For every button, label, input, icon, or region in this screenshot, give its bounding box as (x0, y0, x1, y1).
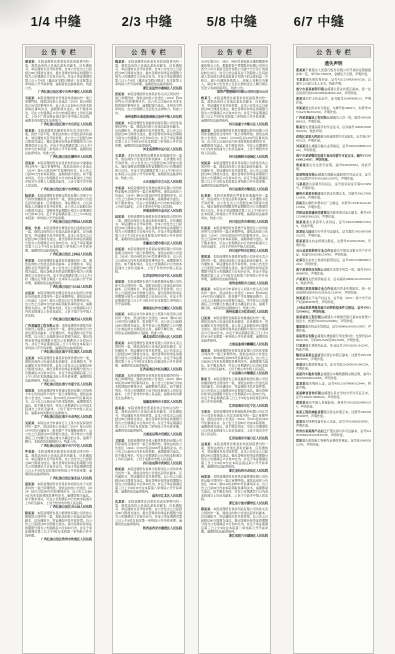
lost-notice-entry: 某某汽车服务有限公司遗失车辆购置税完税证明，编号4501002024001234… (296, 373, 371, 381)
announcement-paragraph: 陆某某：本院受理原告某银行股份有限公司南宁分行诉你金融借款合同纠纷一案，现依法向… (25, 194, 92, 224)
announcement-paragraph: 何某某：本院受理原告某劳务有限公司诉你劳务合同纠纷一案，现依法向你公告送达起诉状… (201, 162, 268, 192)
announcement-paragraph: 零某某：本院受理原告蓝某诉你离婚纠纷一案，现依法向你公告送达起诉状副本、应诉通知… (25, 259, 92, 289)
announcement-paragraph: 吴某某：本院在执行申请执行人郑某与你劳务合同纠纷一案中，依法向你公告送达（202… (115, 313, 182, 339)
announcement-paragraph: 吕某某：本院受理原告陶某诉你健康权纠纷一案，现依法向你公告送达起诉状副本、应诉通… (201, 317, 268, 347)
lost-notice-entry: 某某教育咨询有限公司遗失民办学校办学许可证正本，证号14501017000023… (296, 392, 371, 400)
court-signature: 广西壮族自治区宾阳县人民法院 (25, 221, 92, 225)
announcement-paragraph: 魏某某：本院受理原告孙某诉你民间借贷纠纷一案，现依法向你公告送达起诉状副本、应诉… (115, 61, 182, 91)
court-signature: 山东省临沂市兰山区人民法院 (115, 181, 182, 185)
announcement-paragraph: 许某某：本院受理的原告某燃气有限责任公司诉你供用气合同纠纷一案已审理终结。现依法… (201, 227, 268, 253)
court-signature: 浙江省温州市鹿城区人民法院 (115, 87, 182, 91)
court-signature: 江苏省苏州市吴中区人民法院 (115, 274, 182, 278)
court-signature: 重庆市江北区人民法院 (115, 494, 182, 498)
lost-notice-entry: 武鸣区某某大药房遗失药品经营许可证副本，证号桂CB7450123，声明作废。 (296, 136, 371, 144)
lost-notice-entry: 钟某某遗失不动产权证书，证号桂（2021）南宁市不动产权第0056789号，声明… (296, 297, 371, 305)
court-signature: 江苏省南京市浦口区人民法院 (201, 437, 268, 441)
announcement-paragraph: 王某杰：本院受理的原告某保险股份有限公司江苏分公司诉你保险人代位求偿权纠纷一案已… (201, 411, 268, 441)
court-signature: 广西壮族自治区横州市人民法院 (25, 156, 92, 160)
lost-notice-entry: 某某工程机械租赁部遗失营业执照正本，注册号450105600345678，声明作… (296, 411, 371, 419)
lost-notice-entry: 卢某某遗失医师资格证书，证书编码199845110450123456，特此声明。 (296, 278, 371, 286)
court-signature: 广西壮族自治区灵山县人民法院 (25, 506, 92, 510)
lost-notice-entry: 苏某遗失摩托车整车出厂合格证，车架号LXYPCKL01A0123456，声明作废… (296, 202, 371, 210)
announcement-paragraph: 施某某：本院受理的原告某家具有限公司诉你承揽合同纠纷一案已审理终结。现依法向你公… (201, 349, 268, 375)
court-signature: 广西壮族自治区钦州市钦南区人民法院 (25, 538, 92, 542)
announcement-paragraph: 曾某某：本院受理原告某商贸有限公司诉你买卖合同纠纷一案，现依法向你公告送达起诉状… (201, 256, 268, 286)
announcement-paragraph: 陈某飞：本院受理原告上海某融资租赁有限公司诉你融资租赁合同纠纷一案，现依法向你公… (201, 378, 268, 408)
court-signature: 某资产管理股份有限公司四川省分公司 (201, 91, 268, 95)
court-signature: 江西省南昌市红谷滩区人民法院 (115, 368, 182, 372)
announcement-paragraph: 王某某：本院在审理原告曹某诉你离婚纠纷一案中，依法向你公告送达起诉状副本、应诉通… (115, 154, 182, 184)
court-signature: 陕西省西安市雁塔区人民法院 (115, 527, 182, 531)
court-signature: 四川省遂宁市船山区人民法院 (201, 123, 268, 127)
lost-notice-entry: 曹某某不慎遗失大连银行股份有限公司开具的定期储蓄存单一张，单号D17340256… (296, 69, 371, 77)
court-signature: 广西壮族自治区南宁市邕宁区人民法院 (25, 383, 92, 387)
court-signature: 广西壮族自治区南宁市良庆区人民法院 (25, 123, 92, 127)
lost-notice-entry: 马某某遗失房屋所有权证，证号邕房权证字第0123456号，声明作废。 (296, 183, 371, 191)
lost-notice-entry: 梁某某遗失退役军人优待证，证号45010019890215341X，特此声明。 (296, 221, 371, 229)
gutter-column-1-4: 公告专栏 谭某某：本院受理原告黄某诉你民间借贷纠纷一案，现依法向你公告送达起诉状… (22, 44, 95, 654)
lost-notice-entry: 郑某某遗失执业药师注册证，注册号451020123456，声明作废。 (296, 240, 371, 248)
announcement-paragraph: 赵某某：本院受理原告钱某诉你房屋租赁合同纠纷一案，现依法向你公告送达起诉状副本、… (115, 216, 182, 246)
lost-declarations-heading: 遗失声明 (296, 61, 371, 67)
lost-notice-entry: 某某幼儿园遗失办学许可证副本，证号教民145010070000123号，声明作废… (296, 231, 371, 239)
lost-notice-entry: 潘某某遗失机动车驾驶证，证号450881199105124567，声明作废。 (296, 326, 371, 334)
court-signature: 湖南省长沙市岳麓区人民法院 (115, 307, 182, 311)
lost-notice-entry: 韦某某遗失居民身份证，证号452123199203041528，自遗失之日起与本… (296, 79, 371, 87)
column-banner: 公告专栏 (25, 47, 92, 58)
court-signature: 广西壮族自治区南宁市兴宁区人民法院 (25, 444, 92, 448)
lost-notice-entry: 某某装饰工程有限公司遗失中国建设银行基本存款账户信息卡，核准号J61100123… (296, 316, 371, 324)
announcement-paragraph: 罗某某：本院受理原告陈某诉你承揽合同纠纷一案，现依法向你公告送达起诉状副本、应诉… (25, 451, 92, 481)
announcement-paragraph: 郑某某：本院受理原告某建材有限公司诉你买卖合同纠纷一案，现依法向你公告送达起诉状… (115, 342, 182, 372)
announcement-paragraph: 周某某：本院受理原告某汽车销售服务有限公司诉你买卖合同纠纷一案，现依法向你公告送… (115, 281, 182, 311)
announcement-paragraph: 蒙某某：本院受理的原告劳某诉你同居关系子女抚养纠纷一案已审理终结。现依法向你公告… (25, 483, 92, 509)
gutter-column-6-7: 公告专栏 遗失声明 曹某某不慎遗失大连银行股份有限公司开具的定期储蓄存单一张，单… (293, 44, 374, 654)
gutter-title-2-3: 2/3 中缝 (122, 11, 173, 30)
announcement-paragraph: 蒋某某：本院受理原告某典当有限责任公司诉你典当纠纷一案，现依法向你公告送达起诉状… (115, 468, 182, 498)
gutter-column-5-8: 公告专栏 2024年第0501、0805、8809号债权转让通知暨债务催收联合公… (198, 44, 271, 654)
gutter-title-5-8: 5/8 中缝 (207, 11, 258, 30)
court-signature: 广西壮族自治区南宁市西乡塘区人民法院 (25, 91, 92, 95)
lost-notice-entry: 覃某某遗失出生医学证明，编号R450187654，特此声明。 (296, 164, 371, 172)
announcement-paragraph: 苏某某：本院受理的原告农某诉你机动车交通事故责任纠纷一案已审理终结。现依法向你公… (25, 162, 92, 192)
announcement-paragraph: 韦某某：本院受理的原告零某诉你离婚纠纷一案已审理终结。现依法向你公告送达（202… (25, 97, 92, 127)
court-signature: 广西壮族自治区上林县人民法院 (25, 253, 92, 257)
court-signature: 四川省宜宾市翠屏区人民法院 (201, 221, 268, 225)
court-signature: 福建省泉州市丰泽区人民法院 (115, 401, 182, 405)
announcement-paragraph: 梁某某：本院受理原告磨某诉你买卖合同纠纷一案，因你下落不明，现依法向你公告送达起… (25, 129, 92, 159)
column-banner: 公告专栏 (296, 47, 371, 58)
lost-notice-entry: 灵山县某某种养专业合作社遗失中国农业银行开户许可证，核准号J6110001234… (296, 250, 371, 258)
lost-notice-entry: 李某某遗失机动车行驶证，车牌号桂A8D217，车架号LFV3A23C8K3012… (296, 107, 371, 115)
lost-notice-entry: 广西某某建设工程有限公司遗失公章一枚，编号4501000089123，声明作废。 (296, 117, 371, 125)
lost-notice-entry: 覃某遗失建筑施工特种作业操作资格证，证号桂G04202012345，声明作废。 (296, 440, 371, 448)
announcement-paragraph: 刘某某：本院受理原告某融资担保有限公司诉你追偿权纠纷一案，现依法向你公告送达起诉… (115, 122, 182, 152)
announcement-paragraph: 唐某某：本院受理的原告某村镇银行股份有限公司诉你金融借款合同纠纷一案已审理终结。… (201, 129, 268, 159)
lost-notice-entry: 黄某某遗失中国人寿保险单，保单号45012020240001234，声明作废。 (296, 402, 371, 410)
court-signature: 浙江省杭州市余杭区人民法院 (201, 469, 268, 473)
announcement-paragraph: 广西某建筑工程有限公司：本院受理原告周某诉你司建设工程施工合同纠纷一案，现依法向… (25, 324, 92, 354)
announcement-paragraph: 孙某某：本院受理的原告某商业保理有限公司诉你保理合同纠纷一案已审理终结。现依法向… (115, 248, 182, 278)
gutter-title-6-7: 6/7 中缝 (294, 11, 345, 30)
announcement-paragraph: 沈某某：本院受理原告冯某诉你返还原物纠纷一案，现依法向你公告送达起诉状副本、应诉… (115, 501, 182, 531)
announcement-paragraph: 杜某某：本院在审理原告罗某诉你离婚纠纷一案中，依法向你公告送达起诉状副本、应诉通… (201, 194, 268, 224)
court-signature: 湖北省武汉市洪山区人民法院 (115, 336, 182, 340)
court-signature: 河北省邯郸市丛台区人民法院 (115, 148, 182, 152)
lost-notice-entry: 钦州市某某海产品加工厂遗失排污许可证副本，证号91450700MA5P1234X… (296, 430, 371, 438)
lost-notice-entry: 宾阳县某某建材经营部遗失税务登记证正副本，税号45012319820506123… (296, 212, 371, 220)
lost-notice-entry: 刘某某遗失道路运输从业资格证，证号450100198902153412，声明作废… (296, 145, 371, 153)
court-signature: 浙江省宁波市鄞州区人民法院 (201, 502, 268, 506)
column-banner: 公告专栏 (115, 47, 182, 58)
column-banner: 公告专栏 (201, 47, 268, 58)
announcement-paragraph: 张某某：本院受理的原告杨某诉你买卖合同纠纷一案已审理终结。现依法向你公告送达（2… (115, 93, 182, 119)
court-signature: 广西壮族自治区隆安县人民法院 (25, 318, 92, 322)
lost-notice-entry: 农某遗失农村土地承包经营权证，证号450123198206071234J，声明作… (296, 259, 371, 267)
court-signature: 云南省曲靖市麒麟区人民法院 (201, 343, 268, 347)
announcement-paragraph: 谭某某：本院受理原告黄某诉你民间借贷纠纷一案，现依法向你公告送达起诉状副本、应诉… (25, 61, 92, 95)
announcement-paragraph: 蒋某飞：本院受理原告唐某诉你民间借贷纠纷一案，现依法向你公告送达起诉状副本、应诉… (201, 97, 268, 127)
court-signature: 四川省泸州市江阳区人民法院 (201, 249, 268, 253)
announcement-paragraph: 林某某：本院受理的原告某供应链管理有限公司诉你运输合同纠纷一案已审理终结。现依法… (201, 476, 268, 506)
court-signature: 贵州省黔东南苗族侗族自治州中级人民法院 (115, 116, 182, 120)
lost-notice-entry: 甘某某遗失律师执业证，执业证号14501201811012345，特此声明。 (296, 345, 371, 353)
announcement-paragraph: 吴某某：本院在执行申请执行人玉某与你民间借贷纠纷一案中，依法向你公告送达（202… (25, 422, 92, 448)
court-signature: 云南省昆明市官渡区人民法院 (115, 433, 182, 437)
court-signature: 广西壮族自治区南宁市江南区人民法院 (25, 351, 92, 355)
court-signature: 河南省郑州市金水区人民法院 (115, 209, 182, 213)
lost-notice-entry: 南宁市某某商贸有限公司遗失营业执照正副本，统一社会信用代码91450100MA5… (296, 88, 371, 96)
court-signature: 广东省佛山市顺德区人民法院 (201, 372, 268, 376)
gutter-title-1-4: 1/4 中缝 (31, 11, 82, 30)
lost-notice-entry: 黄某遗失护士执业证书，证书编号201845000123，声明作废。 (296, 98, 371, 106)
lost-notice-entry: 周某遗失教师资格证书，证书号码20104501041001234，声明作废。 (296, 364, 371, 372)
lost-notice-entry: 陈某遗失普通高等学校毕业证书，证书编号104931202005001234，特此… (296, 126, 371, 134)
lost-notice-entry: 横州市某某米粉店遗失营业执照正本，注册号450127600123456，声明作废… (296, 193, 371, 201)
announcement-paragraph: 周某某：本院受理的原告某银行股份有限公司信用卡中心诉你信用卡纠纷一案已审理终结。… (25, 389, 92, 419)
announcement-paragraph: 玉某某：本院受理原告黄某诉你抚养费纠纷一案，现依法向你公告送达起诉状副本、应诉通… (25, 357, 92, 387)
lost-notice-entry: 武鸣区某某果蔬专业合作社遗失营业执照副本，统一社会信用代码93450122MA5… (296, 288, 371, 296)
court-signature: 广西壮族自治区浦北县人民法院 (25, 477, 92, 481)
court-signature: 贵州省贵阳市云岩区人民法院 (201, 282, 268, 286)
court-signature: 浙江省绍兴市越城区人民法院 (201, 534, 268, 538)
announcement-paragraph: 彭某某：本院在执行申请执行人何某与你买卖合同纠纷一案中，依法向你公告送达（202… (201, 288, 268, 314)
announcement-paragraph: 陈某某：本院受理原告某小额贷款有限公司诉你小额借款合同纠纷一案，现依法向你公告送… (25, 512, 92, 542)
court-signature: 广西壮族自治区马山县人民法院 (25, 286, 92, 290)
announcement-paragraph: 冯某某：本院受理的原告何某诉你民间借贷纠纷一案已审理终结。现依法向你公告送达（2… (115, 374, 182, 404)
announcement-paragraph: 高某某：本院受理原告斯某诉你民间借贷纠纷一案，现依法向你公告送达起诉状副本、应诉… (201, 443, 268, 473)
lost-notice-entry: 雷某遗失特种设备作业人员证，证号T45010620230345，声明作废。 (296, 421, 371, 429)
announcement-paragraph: 2024年第0501、0805、8809号债权转让通知暨债务催收联合公告：根据某… (201, 61, 268, 95)
court-signature: 四川省南充市顺庆区人民法院 (201, 188, 268, 192)
court-signature: 江苏省南京市江宁区人民法院 (201, 404, 268, 408)
announcement-paragraph: 李某某：本院受理的原告某物业服务有限公司诉你物业服务合同纠纷一案已审理终结。现依… (115, 187, 182, 213)
announcement-paragraph: 农某某：本院受理的原告隆安县某农村信用合作联社诉你借款合同纠纷一案已审理终结。现… (25, 292, 92, 322)
announcement-paragraph: 郭某某：本院受理原告某纺织品有限公司诉你买卖合同纠纷一案，现依法向你公告送达起诉… (201, 508, 268, 538)
lost-notice-entry: 南宁市某某餐饮店遗失食品经营许可证正本，编号JY24501001234567，声… (296, 155, 371, 163)
newspaper-gutter-sheet: 1/4 中缝 2/3 中缝 5/8 中缝 6/7 中缝 公告专栏 谭某某：本院受… (0, 0, 395, 654)
court-signature: 四川省绵阳市涪城区人民法院 (201, 156, 268, 160)
lost-notice-entry: 某某贸易有限公司遗失增值税专用发票3份，发票代码4500221130，号码001… (296, 335, 371, 343)
court-signature: 贵州省遵义市红花岗区人民法院 (201, 311, 268, 315)
court-signature: 四川省成都市武侯区人民法院 (115, 462, 182, 466)
lost-notice-entry: 南宁某某科技有限公司遗失发票专用章一枚，编号4501000098765，声明作废… (296, 269, 371, 277)
lost-notice-entry: 某某物流有限公司遗失道路运输经营许可证正本，证号桂交运管许可字450100012… (296, 174, 371, 182)
gutter-column-2-3: 公告专栏 魏某某：本院受理原告孙某诉你民间借贷纠纷一案，现依法向你公告送达起诉状… (112, 44, 185, 654)
court-signature: 安徽省合肥市蜀山区人民法院 (115, 242, 182, 246)
announcement-paragraph: 褚某某：本院受理原告普某诉你合伙协议纠纷一案，现依法向你公告送达起诉状副本、应诉… (115, 407, 182, 437)
lost-notice-entry: 上林县某某养殖场遗失动物防疫条件合格证，证号45012520190012，声明作… (296, 307, 371, 315)
lost-notice-entry: 蓝某某遗失残疾人证，证号45012319780903123444，特此声明。 (296, 383, 371, 391)
announcement-paragraph: 卫某某：本院受理的原告某小额贷款股份有限公司诉你借款合同纠纷一案已审理终结。现依… (115, 439, 182, 465)
lost-notice-entry: 隆安县某某五金店遗失营业执照正副本，注册号450123600234567，声明作… (296, 354, 371, 362)
announcement-paragraph: 黄某、李某：本院受理原告覃某诉你们追偿权纠纷一案，现依法向你们公告送达起诉状副本… (25, 227, 92, 257)
court-signature: 广西壮族自治区南宁市武鸣区人民法院 (25, 188, 92, 192)
court-signature: 广西壮族自治区南宁市青秀区人民法院 (25, 416, 92, 420)
